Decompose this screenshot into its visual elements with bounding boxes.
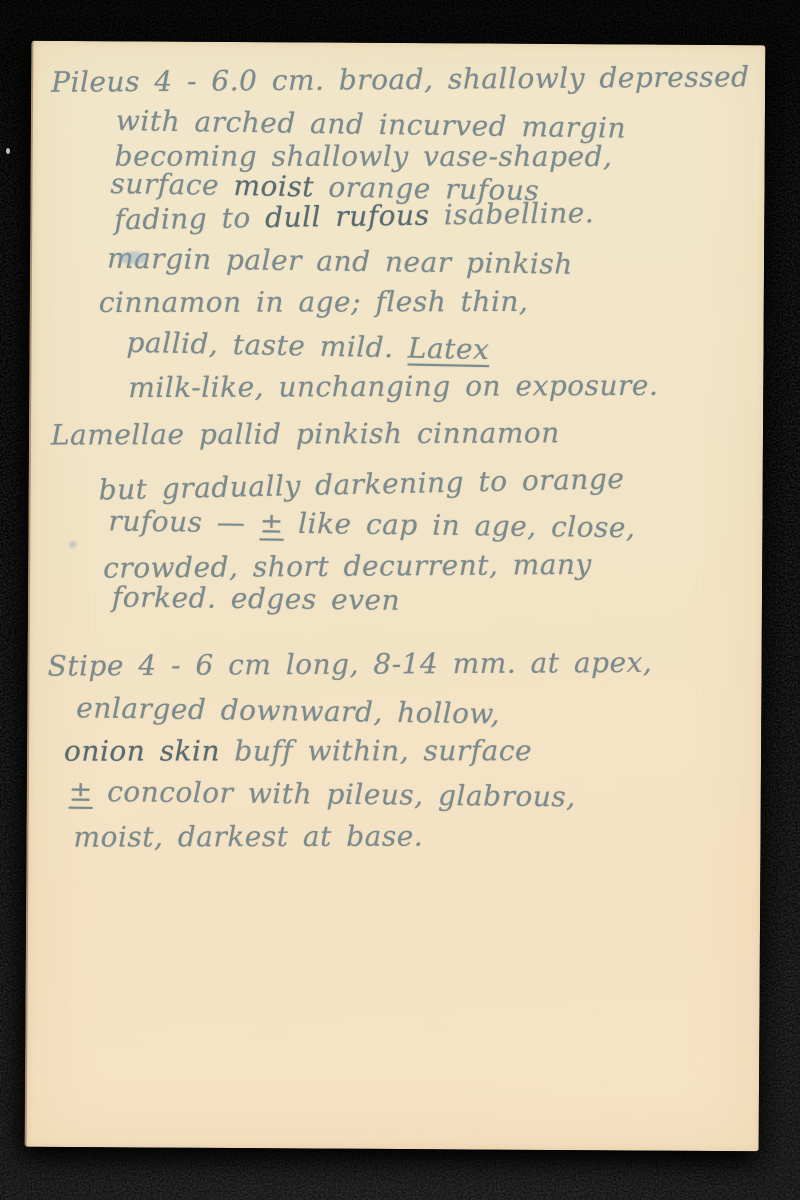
photo-scene: Pileus 4 - 6.0 cm. broad, shallowly depr… [0,0,800,1200]
handwritten-line: margin paler and near pinkish [107,243,573,281]
index-card: Pileus 4 - 6.0 cm. broad, shallowly depr… [25,41,766,1151]
handwritten-line: rufous — ± like cap in age, close, [108,505,635,544]
handwritten-line: pallid, taste mild. Latex [126,327,489,366]
handwritten-line: moist, darkest at base. [73,821,423,854]
handwritten-line: Pileus 4 - 6.0 cm. broad, shallowly depr… [51,61,750,99]
handwritten-line: Stipe 4 - 6 cm long, 8-14 mm. at apex, [47,647,652,683]
handwritten-line: but gradually darkening to orange [98,463,624,507]
handwritten-line: ± concolor with pileus, glabrous, [69,776,576,814]
handwritten-line: Lamellae pallid pinkish cinnamon [51,417,560,451]
handwritten-line: forked. edges even [112,582,400,617]
ink-smudge [69,541,76,548]
lint-speck [6,148,10,154]
handwritten-line: cinnamon in age; flesh thin, [99,286,529,319]
handwritten-line: enlarged downward, hollow, [76,692,500,730]
handwritten-line: crowded, short decurrent, many [103,549,592,585]
handwritten-line: fading to dull rufous isabelline. [114,197,594,236]
ink-smudge [118,251,148,264]
handwritten-line: onion skin buff within, surface [64,735,532,768]
handwritten-line: milk-like, unchanging on exposure. [128,370,658,405]
